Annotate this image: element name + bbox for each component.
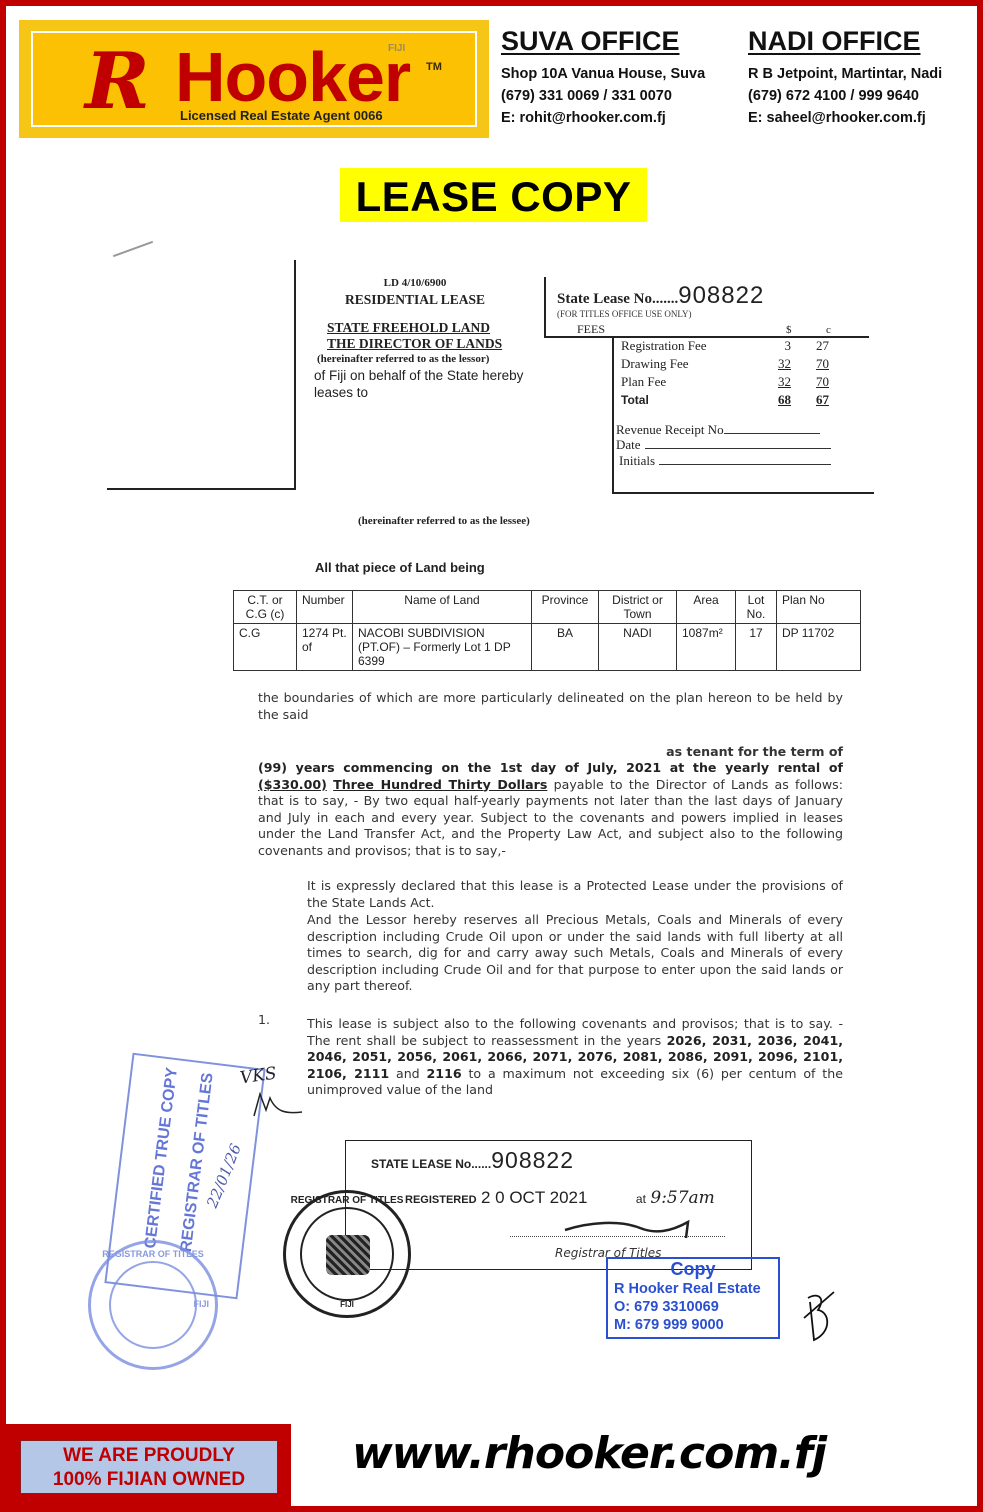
lease-number-value: 908822 (678, 282, 764, 309)
term-paragraph: (99) years commencing on the 1st day of … (258, 760, 843, 859)
suva-office: SUVA OFFICE Shop 10A Vanua House, Suva (… (501, 26, 705, 129)
nadi-office: NADI OFFICE R B Jetpoint, Martintar, Nad… (748, 26, 942, 129)
state-lease-number: State Lease No.......908822 (557, 282, 764, 310)
receipt-no-field: Revenue Receipt No (616, 422, 820, 438)
lessee-note: (hereinafter referred to as the lessee) (358, 515, 530, 527)
leases-to: leases to (314, 385, 368, 400)
divider (612, 336, 614, 494)
logo-trademark: TM (426, 61, 442, 73)
boundaries-text: the boundaries of which are more particu… (258, 690, 843, 723)
divider (544, 277, 546, 337)
handwritten-signature-icon (250, 1088, 306, 1120)
fee-row-total: Total 68 67 (620, 391, 830, 409)
tenant-line: as tenant for the term of (258, 744, 843, 761)
registrar-seal-icon: REGISTRAR OF TITLES FIJI (283, 1190, 411, 1318)
registrar-signature-icon (560, 1208, 700, 1244)
registration-date: REGISTERED 2 0 OCT 2021 at 9:57am (405, 1188, 715, 1208)
protected-lease-text: It is expressly declared that this lease… (307, 878, 843, 911)
lessor-cont: of Fiji on behalf of the State hereby (314, 368, 523, 383)
divider (612, 492, 874, 494)
office-use-note: (FOR TITLES OFFICE USE ONLY) (557, 309, 691, 319)
fees-col-dollars: $ (786, 324, 792, 336)
office-phone: (679) 672 4100 / 999 9640 (748, 85, 942, 107)
fees-label: FEES (577, 322, 605, 337)
logo-wordmark: Hooker (175, 41, 410, 113)
fee-row: Drawing Fee 32 70 (620, 355, 830, 373)
lease-copy-banner: LEASE COPY (340, 168, 647, 222)
clause-number: 1. (258, 1012, 270, 1029)
blue-registrar-seal-icon: REGISTRAR OF TITLES FIJI (88, 1240, 218, 1370)
fee-row: Registration Fee 3 27 (620, 337, 830, 355)
office-address: R B Jetpoint, Martintar, Nadi (748, 63, 942, 85)
office-phone: (679) 331 0069 / 331 0070 (501, 85, 705, 107)
table-row: C.G 1274 Pt. of NACOBI SUBDIVISION (PT.O… (234, 624, 861, 671)
lease-type: RESIDENTIAL LEASE (315, 292, 515, 308)
handwritten-b-mark-icon (800, 1288, 840, 1348)
land-intro: All that piece of Land being (315, 560, 485, 575)
logo-r-mark: R (85, 37, 150, 127)
office-title: NADI OFFICE (748, 26, 942, 57)
fee-row: Plan Fee 32 70 (620, 373, 830, 391)
rental-words: Three Hundred Thirty Dollars (333, 777, 547, 792)
logo-license: Licensed Real Estate Agent 0066 (180, 108, 383, 123)
registration-lease-no: STATE LEASE No......908822 (371, 1147, 574, 1174)
lessor-note: (hereinafter referred to as the lessor) (317, 353, 489, 365)
divider (294, 260, 296, 490)
office-email[interactable]: E: saheel@rhooker.com.fj (748, 107, 942, 129)
minerals-text: And the Lessor hereby reserves all Preci… (307, 912, 843, 995)
office-title: SUVA OFFICE (501, 26, 705, 57)
lease-ref: LD 4/10/6900 (315, 277, 515, 289)
land-type: STATE FREEHOLD LAND (327, 320, 490, 336)
office-address: Shop 10A Vanua House, Suva (501, 63, 705, 85)
initials-field: Initials (619, 453, 831, 469)
certified-date: 22/01/26 (203, 1141, 245, 1210)
logo-country-tag: FIJI (388, 43, 405, 54)
fees-col-cents: c (826, 324, 831, 336)
rhooker-copy-stamp: Copy R Hooker Real Estate O: 679 3310069… (606, 1257, 780, 1339)
divider (107, 488, 296, 490)
fijian-owned-badge: WE ARE PROUDLY 100% FIJIAN OWNED (20, 1440, 278, 1494)
website-link[interactable]: www.rhooker.com.fj (352, 1428, 826, 1479)
rental-amount: ($330.00) (258, 777, 327, 792)
brand-logo: R Hooker FIJI TM Licensed Real Estate Ag… (19, 20, 489, 138)
land-table: C.T. or C.G (c) Number Name of Land Prov… (233, 590, 861, 671)
fees-table: Registration Fee 3 27 Drawing Fee 32 70 … (620, 337, 830, 409)
lessor-name: THE DIRECTOR OF LANDS (327, 336, 502, 352)
land-table-header: C.T. or C.G (c) Number Name of Land Prov… (234, 591, 861, 624)
office-email[interactable]: E: rohit@rhooker.com.fj (501, 107, 705, 129)
date-field: Date (616, 437, 831, 453)
clause-text: This lease is subject also to the follow… (307, 1016, 843, 1099)
